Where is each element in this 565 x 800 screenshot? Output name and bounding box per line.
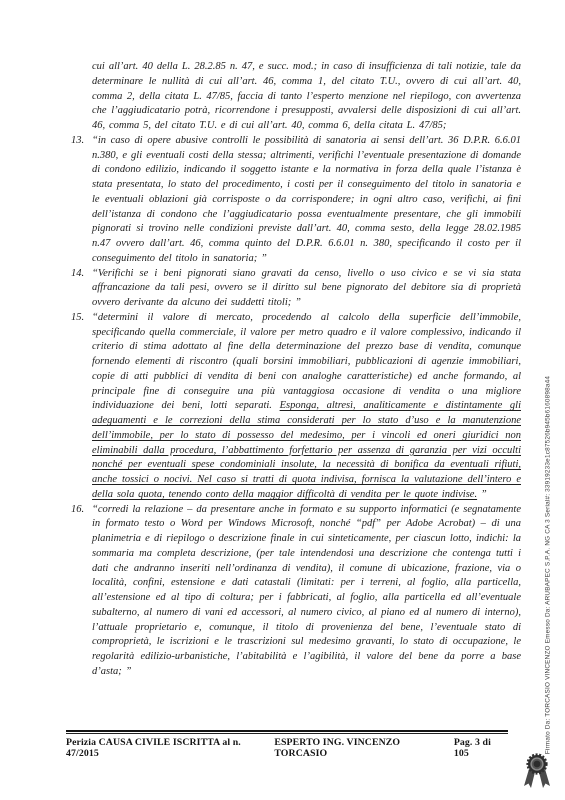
certification-seal-icon — [521, 752, 553, 790]
document-page: cui all’art. 40 della L. 28.2.85 n. 47, … — [0, 0, 565, 800]
continuation-paragraph: cui all’art. 40 della L. 28.2.85 n. 47, … — [92, 60, 521, 134]
list-item-13: 13. “in caso di opere abusive controlli … — [71, 134, 521, 267]
page-footer: Perizia CAUSA CIVILE ISCRITTA al n. 47/2… — [66, 737, 508, 759]
list-item-15: 15. “determini il valore di mercato, pro… — [71, 311, 521, 503]
item-text: “determini il valore di mercato, procede… — [92, 312, 521, 500]
underlined-passage: Esponga, altresì, analiticamente e disti… — [92, 400, 521, 500]
footer-page-number: Pag. 3 di 105 — [454, 737, 508, 759]
item-number: 13. — [71, 134, 84, 149]
footer-divider — [66, 730, 508, 734]
item-text-closing-quote: ” — [477, 489, 487, 500]
item-text-plain: “determini il valore di mercato, procede… — [92, 312, 521, 412]
item-number: 16. — [71, 503, 84, 518]
item-text: “corredi la relazione – da presentare an… — [92, 504, 521, 677]
footer-expert-name: ESPERTO ING. VINCENZO TORCASIO — [274, 737, 453, 759]
item-text: “Verifichi se i beni pignorati siano gra… — [92, 268, 521, 309]
item-number: 15. — [71, 311, 84, 326]
digital-signature-stamp: Firmato Da: TORCASIO VINCENZO Emesso Da:… — [545, 376, 552, 754]
footer-case-reference: Perizia CAUSA CIVILE ISCRITTA al n. 47/2… — [66, 737, 274, 759]
list-item-16: 16. “corredi la relazione – da presentar… — [71, 503, 521, 680]
list-item-14: 14. “Verifichi se i beni pignorati siano… — [71, 267, 521, 311]
item-number: 14. — [71, 267, 84, 282]
body-text: cui all’art. 40 della L. 28.2.85 n. 47, … — [71, 60, 521, 680]
item-text: “in caso di opere abusive controlli le p… — [92, 135, 521, 264]
